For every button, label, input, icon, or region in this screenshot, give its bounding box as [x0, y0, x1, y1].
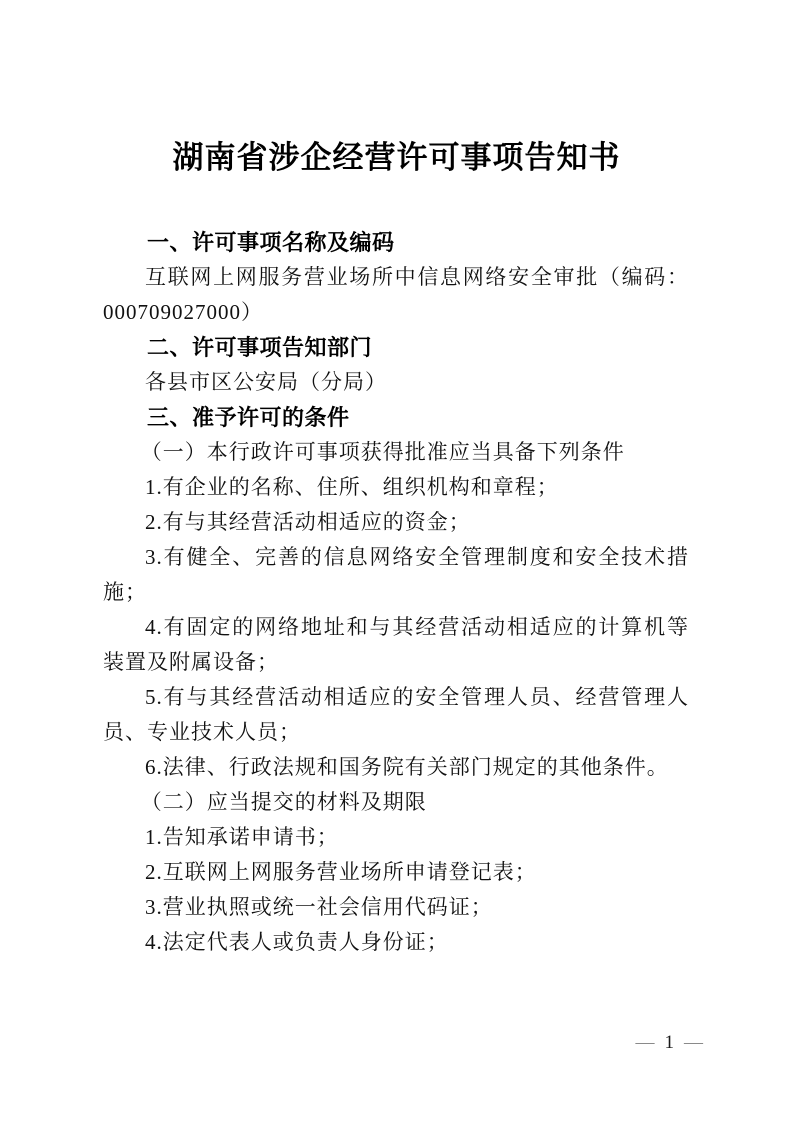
section-1-heading: 一、许可事项名称及编码 [103, 225, 689, 260]
section-1-body: 互联网上网服务营业场所中信息网络安全审批（编码：000709027000） [103, 260, 689, 330]
condition-item-3: 3.有健全、完善的信息网络安全管理制度和安全技术措施； [103, 540, 689, 610]
condition-item-5: 5.有与其经营活动相适应的安全管理人员、经营管理人员、专业技术人员； [103, 680, 689, 750]
page-number: 1 [665, 1032, 675, 1053]
section-3-heading: 三、准予许可的条件 [103, 400, 689, 435]
material-item-2: 2.互联网上网服务营业场所申请登记表； [103, 855, 689, 890]
document-body: 一、许可事项名称及编码 互联网上网服务营业场所中信息网络安全审批（编码：0007… [103, 225, 689, 960]
page-number-dash-left: — [636, 1032, 655, 1053]
condition-item-6: 6.法律、行政法规和国务院有关部门规定的其他条件。 [103, 750, 689, 785]
section-2-heading: 二、许可事项告知部门 [103, 330, 689, 365]
page-number-dash-right: — [684, 1032, 703, 1053]
subsection-2-heading: （二）应当提交的材料及期限 [103, 785, 689, 820]
subsection-1-heading: （一）本行政许可事项获得批准应当具备下列条件 [103, 435, 689, 470]
material-item-3: 3.营业执照或统一社会信用代码证； [103, 890, 689, 925]
condition-item-2: 2.有与其经营活动相适应的资金； [103, 505, 689, 540]
document-page: 湖南省涉企经营许可事项告知书 一、许可事项名称及编码 互联网上网服务营业场所中信… [0, 0, 793, 1122]
material-item-4: 4.法定代表人或负责人身份证； [103, 925, 689, 960]
condition-item-4: 4.有固定的网络地址和与其经营活动相适应的计算机等装置及附属设备； [103, 610, 689, 680]
condition-item-1: 1.有企业的名称、住所、组织机构和章程； [103, 470, 689, 505]
section-2-body: 各县市区公安局（分局） [103, 365, 689, 400]
page-footer: —1— [636, 1032, 704, 1054]
document-title: 湖南省涉企经营许可事项告知书 [0, 0, 793, 180]
material-item-1: 1.告知承诺申请书； [103, 820, 689, 855]
